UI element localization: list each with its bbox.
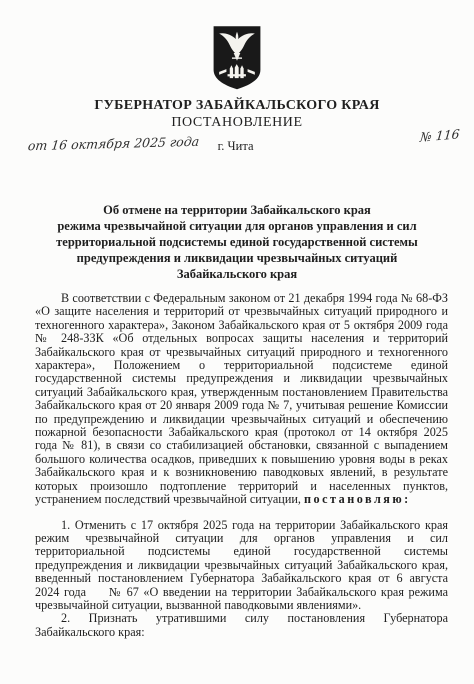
date-place-number-row: от 16 октября 2025 года г. Чита № 116 [0, 126, 474, 160]
title-line-5: Забайкальского края [50, 266, 424, 282]
document-title: Об отмене на территории Забайкальского к… [50, 202, 424, 282]
item-1-paragraph: 1. Отменить с 17 октября 2025 года на те… [35, 519, 448, 613]
preamble-paragraph: В соответствии с Федеральным законом от … [35, 292, 448, 507]
title-line-3: территориальной подсистемы единой госуда… [50, 234, 424, 250]
coat-of-arms-icon [209, 24, 265, 92]
handwritten-date: от 16 октября 2025 года [27, 134, 200, 154]
issuing-authority-line: ГУБЕРНАТОР ЗАБАЙКАЛЬСКОГО КРАЯ [0, 98, 474, 114]
handwritten-document-number: № 116 [420, 126, 461, 145]
title-line-1: Об отмене на территории Забайкальского к… [50, 202, 424, 218]
decree-document-page: ГУБЕРНАТОР ЗАБАЙКАЛЬСКОГО КРАЯ ПОСТАНОВЛ… [0, 0, 474, 684]
preamble-text: В соответствии с Федеральным законом от … [35, 291, 448, 506]
title-line-2: режима чрезвычайной ситуации для органов… [50, 218, 424, 234]
document-body: В соответствии с Федеральным законом от … [35, 292, 448, 639]
item-2-paragraph: 2. Признать утратившими силу постановлен… [35, 612, 448, 639]
place-line: г. Чита [218, 139, 254, 154]
title-line-4: предупреждения и ликвидации чрезвычайных… [50, 250, 424, 266]
resolve-word: постановляю: [304, 492, 411, 506]
